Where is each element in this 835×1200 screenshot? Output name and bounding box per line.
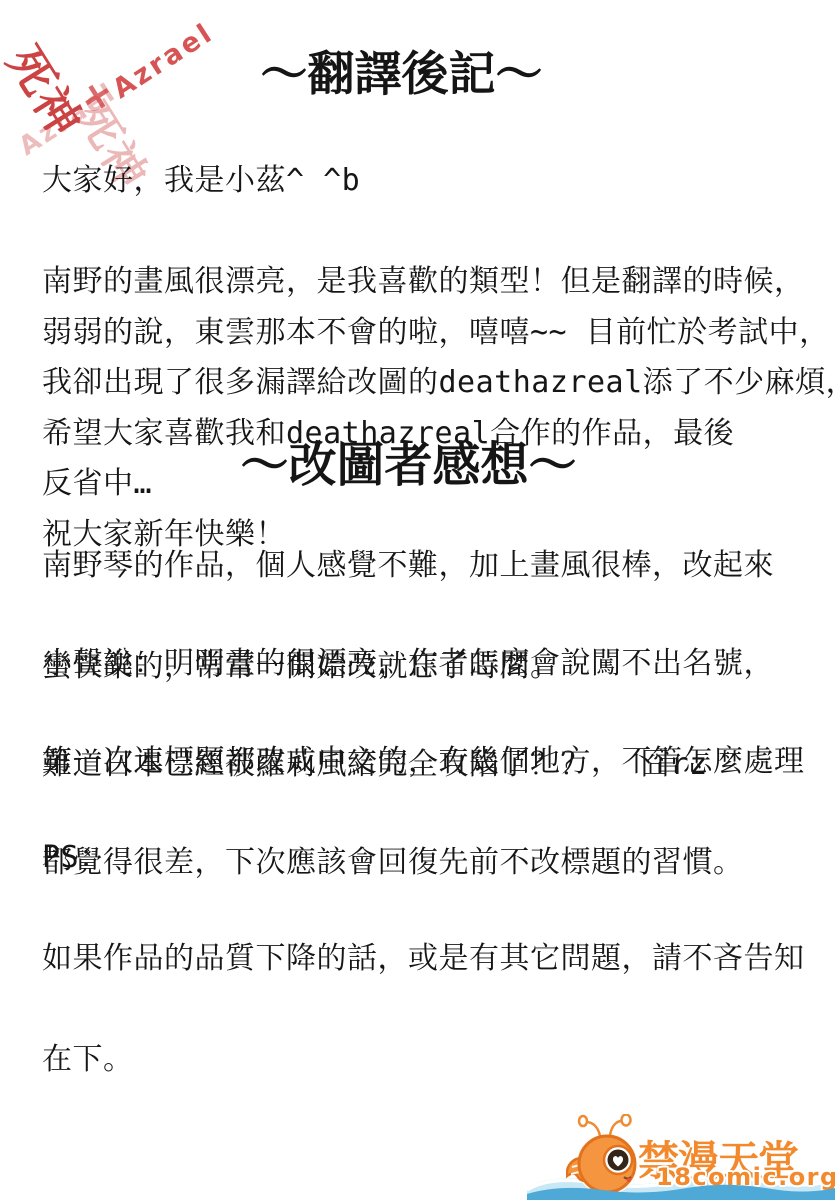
editor-ps-paragraph: PS： 如果作品的品質下降的話，或是有其它問題，請不吝告知 在下。 (42, 774, 825, 1110)
text-line: 弱弱的說，東雲那本不會的啦，嘻嘻~~ 目前忙於考試中， (42, 316, 825, 350)
section-title-translation-afterword: ～翻譯後記～ (0, 37, 819, 104)
logo-dark-wave-graphic (527, 1176, 835, 1200)
text-line: 如果作品的品質下降的話，或是有其它問題，請不吝告知 (42, 942, 825, 976)
text-line: 小聲說：明明畫的很漂亮，作者怎麼會說闖不出名號， (42, 647, 825, 681)
text-line: 在下。 (42, 1043, 825, 1077)
afterword-page: { "watermark": { "text1": "死神", "plus": … (0, 0, 835, 1200)
text-line: 南野琴的作品，個人感覺不難，加上畫風很棒，改起來 (42, 549, 825, 583)
text-line: PS： (42, 841, 825, 875)
text-line: 大家好，我是小茲^ ^b (42, 164, 825, 198)
